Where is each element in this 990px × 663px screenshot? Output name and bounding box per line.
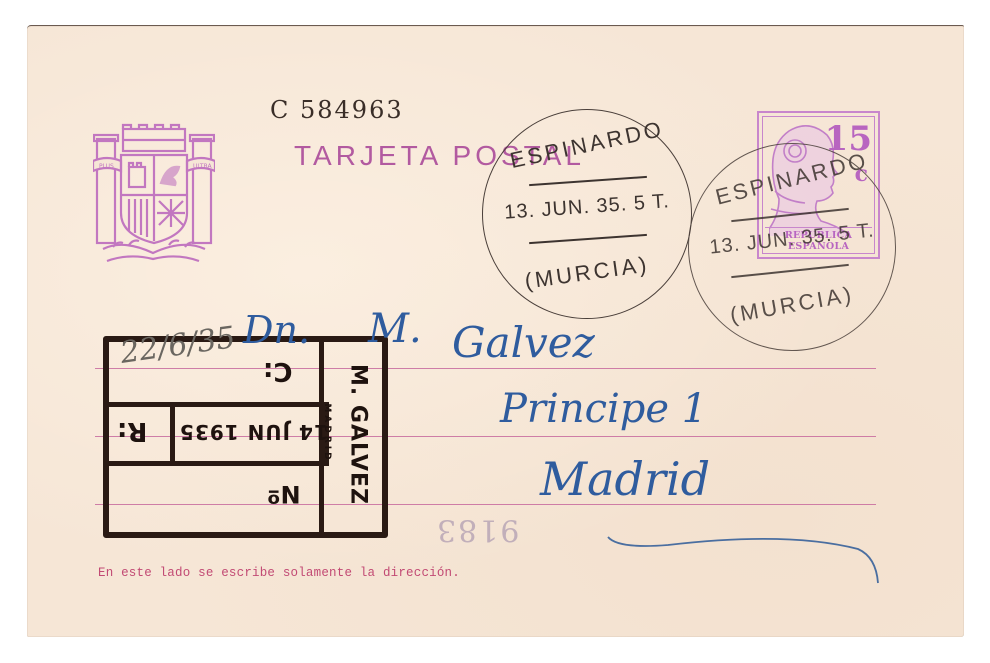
reg-sender: M. GALVEZ [346,360,371,510]
handwriting-salutation: Dn. [243,308,310,352]
postmark-bar-bottom [731,264,849,278]
address-side-notice: En este lado se escribe solamente la dir… [98,566,460,580]
postmark-espinardo-2: ESPINARDO 13. JUN. 35. 5 T. (MURCIA) [688,143,896,351]
handwriting-initial: M. [368,306,422,352]
reg-date: 14 JUN 1935 [179,420,328,444]
postmark-date: 13. JUN. 35. 5 T. [688,217,895,261]
reg-field-c: C: [263,356,292,386]
ghost-number: 9183 [435,512,519,547]
coat-of-arms-icon: PLUS ULTRA [93,123,215,271]
postmark-bar-top [731,208,849,222]
reg-field-n: Nº [267,480,301,508]
reg-field-r: R: [117,416,147,446]
serial-number: C 584963 [270,96,404,124]
handwriting-street: Principe 1 [500,386,707,432]
handwriting-city: Madrid [540,452,710,506]
postmark-bar-bottom [529,234,647,244]
motto-left: PLUS [99,163,114,170]
postmark-bar-top [529,176,647,186]
handwriting-name: Galvez [452,318,595,367]
underline-flourish [600,525,880,585]
postmark-date: 13. JUN. 35. 5 T. [482,189,691,226]
reg-sender-city: MADRID [322,373,332,493]
motto-right: ULTRA [193,163,212,170]
postmark-espinardo-1: ESPINARDO 13. JUN. 35. 5 T. (MURCIA) [482,109,692,319]
